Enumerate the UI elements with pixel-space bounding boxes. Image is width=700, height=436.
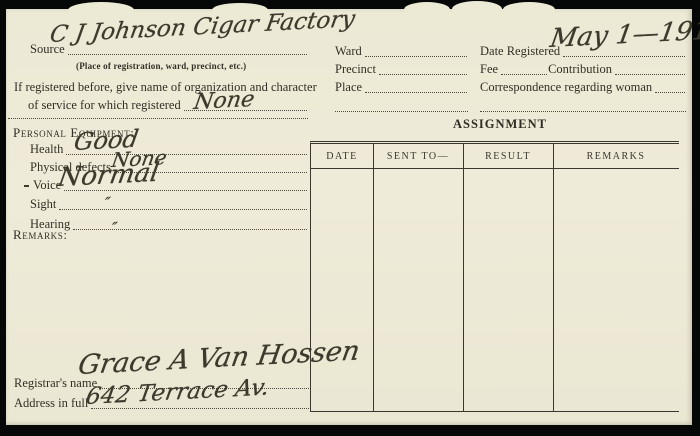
address-label: Address in full [14,397,88,411]
ward-row: Ward [335,44,468,59]
table-header-sent-to: SENT TO— [373,151,463,162]
stray-ink-mark [24,185,29,187]
registered-before-handwritten-value: None [192,87,256,115]
card-edge-scallop [503,2,555,17]
source-dotted-line [68,54,307,55]
precinct-label: Precinct [335,63,376,77]
table-column-divider [373,144,374,411]
fee-dotted-line [501,74,547,75]
place-dotted-line [365,92,467,93]
card-edge-scallop [452,1,502,17]
source-caption: (Place of registration, ward, precinct, … [76,61,246,71]
ward-dotted-line [365,56,467,57]
table-header-date: DATE [311,151,373,162]
correspondence-dotted-line [655,92,685,93]
contribution-dotted-line [615,74,685,75]
date-registered-dotted-line [563,56,685,57]
correspondence-row: Correspondence regarding woman [480,80,686,95]
address-dotted-line [91,408,309,409]
scanned-registration-card-page: Source C J Johnson Cigar Factory (Place … [0,0,700,436]
place-label: Place [335,81,362,95]
contribution-label: Contribution [548,63,612,77]
hearing-row: Hearing [30,217,308,232]
precinct-row: Precinct [335,62,468,77]
registered-before-line2: of service for which registered [28,99,181,113]
registered-before-line1: If registered before, give name of organ… [14,80,317,95]
blank-dotted-line [335,111,468,112]
correspondence-label: Correspondence regarding woman [480,81,652,95]
sight-dotted-line [59,209,307,210]
sight-label: Sight [30,198,56,212]
registered-before-row: of service for which registered [28,98,308,113]
fee-contribution-row: Fee Contribution [480,62,686,77]
table-column-divider [553,144,554,411]
voice-handwritten-value: Normal [56,158,161,193]
fee-label: Fee [480,63,498,77]
assignment-table: DATE SENT TO— RESULT REMARKS [310,141,679,412]
table-header-result: RESULT [463,151,553,162]
precinct-dotted-line [379,74,467,75]
ward-label: Ward [335,45,362,59]
blank-dotted-line [480,111,686,112]
table-column-divider [463,144,464,411]
hearing-dotted-line [73,229,307,230]
remarks-heading: Remarks: [13,227,68,243]
card-edge-scallop [404,2,450,17]
full-dotted-line [8,118,308,119]
assignment-title: ASSIGNMENT [420,117,580,132]
table-header-remarks: REMARKS [553,151,679,162]
place-row: Place [335,80,468,95]
sight-row: Sight [30,197,308,212]
health-label: Health [30,143,63,157]
card-edge-scallop [68,2,134,18]
table-header-underline [311,168,679,169]
